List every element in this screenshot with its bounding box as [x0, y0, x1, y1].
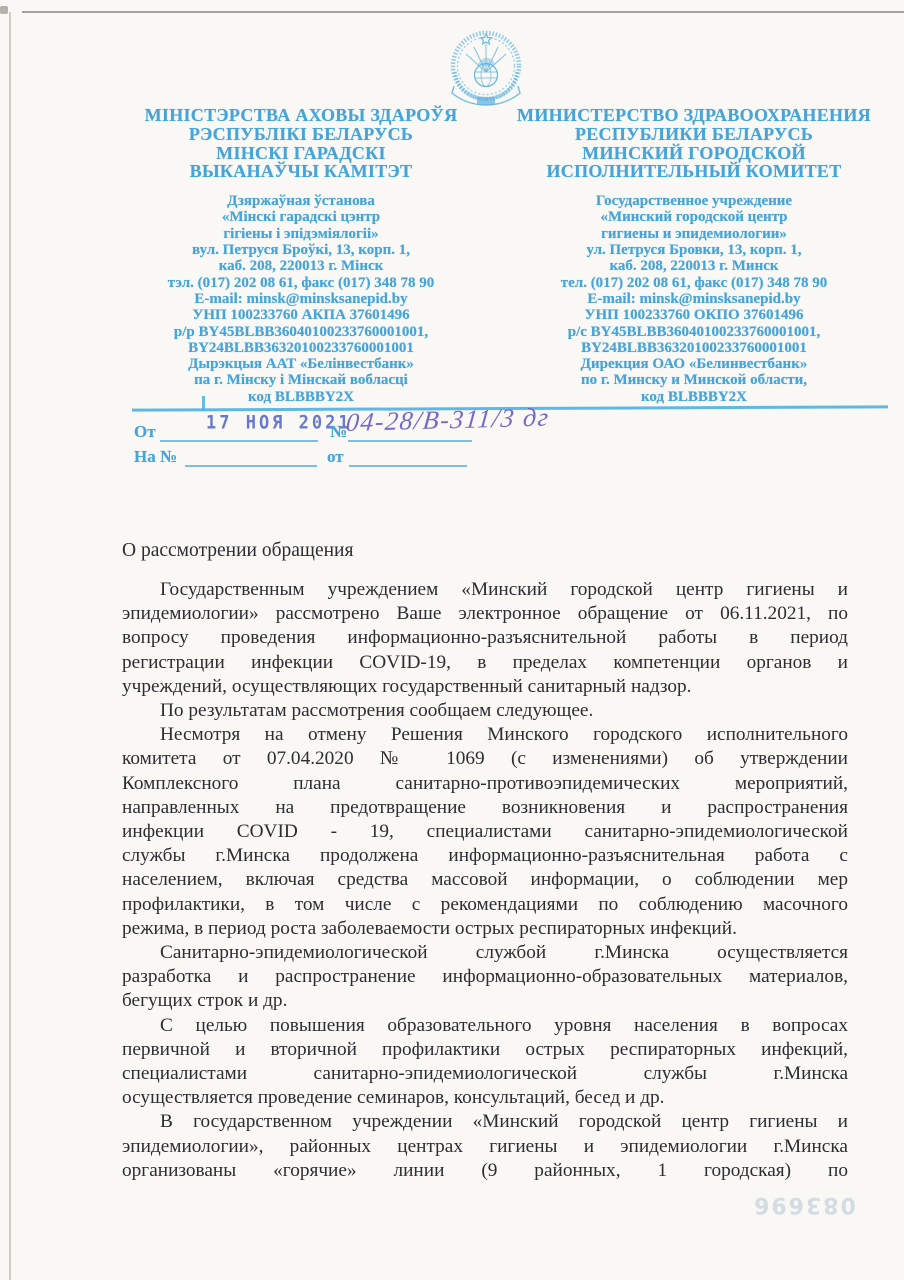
of-underline [349, 465, 467, 467]
of-label: от [327, 447, 344, 467]
letterhead-left-column: МІНІСТЭРСТВА АХОВЫ ЗДАРОЎЯРЭСПУБЛІКІ БЕЛ… [118, 106, 484, 405]
paragraph: Государственным учреждением «Минский гор… [122, 578, 848, 699]
detail-line: ул. Петруся Бровки, 13, корп. 1, [508, 242, 880, 258]
body-line: инфекции COVID - 19, специалистами санит… [122, 820, 848, 844]
detail-line: BY24BLBB36320100233760001001 [118, 340, 484, 356]
body-line: организованы «горячие» линии (9 районных… [122, 1159, 848, 1183]
scan-edge-left-line [9, 12, 11, 1280]
paragraph: Санитарно-эпидемиологической службой г.М… [122, 941, 848, 1014]
bleed-through-number: 083696 [752, 1192, 856, 1217]
letterhead-right-details-block: Государственное учреждение«Минский город… [508, 193, 880, 405]
subject-line: О рассмотрении обращения [122, 540, 353, 562]
detail-line: гігіены і эпідэміялогіі» [118, 226, 484, 242]
detail-line: гигиены и эпидемиологии» [508, 226, 880, 242]
detail-line: «Мінскі гарадскі цэнтр [118, 209, 484, 225]
body-line: режима, в период роста заболеваемости ос… [122, 917, 848, 941]
detail-line: тэл. (017) 202 08 61, факс (017) 348 78 … [118, 275, 484, 291]
detail-line: тел. (017) 202 08 61, факс (017) 348 78 … [508, 275, 880, 291]
detail-line: Дирекция ОАО «Белинвестбанк» [508, 356, 880, 372]
detail-line: па г. Мінску і Мінскай вобласці [118, 372, 484, 388]
org-line: МИНСКИЙ ГОРОДСКОЙ [508, 144, 880, 163]
coat-of-arms-belarus-icon [450, 28, 522, 108]
org-line: ИСПОЛНИТЕЛЬНЫЙ КОМИТЕТ [508, 162, 880, 181]
detail-line: р/с BY45BLBB36040100233760001001, [508, 324, 880, 340]
body-line: комитета от 07.04.2020 № 1069 (с изменен… [122, 747, 848, 771]
body-line: первичной и вторичной профилактики остры… [122, 1038, 848, 1062]
org-line: МІНІСТЭРСТВА АХОВЫ ЗДАРОЎЯ [118, 106, 484, 125]
body-line: службы г.Минска продолжена информационно… [122, 844, 848, 868]
body-line: вопросу проведения информационно-разъясн… [122, 626, 848, 650]
number-underline [348, 440, 472, 442]
body-line: Комплексного плана санитарно-противоэпид… [122, 772, 848, 796]
detail-line: Государственное учреждение [508, 193, 880, 209]
body-line: бегущих строк и др. [122, 989, 848, 1013]
paragraph: По результатам рассмотрения сообщаем сле… [122, 699, 848, 723]
detail-line: «Минский городской центр [508, 209, 880, 225]
body-line: учреждений, осуществляющих государственн… [122, 675, 848, 699]
letterhead-right-column: МИНИСТЕРСТВО ЗДРАВООХРАНЕНИЯРЕСПУБЛИКИ Б… [508, 106, 880, 405]
detail-line: Дырэкцыя ААТ «Белінвестбанк» [118, 356, 484, 372]
org-line: МИНИСТЕРСТВО ЗДРАВООХРАНЕНИЯ [508, 106, 880, 125]
body-line: Санитарно-эпидемиологической службой г.М… [122, 941, 848, 965]
letterhead-right-org-block: МИНИСТЕРСТВО ЗДРАВООХРАНЕНИЯРЕСПУБЛИКИ Б… [508, 106, 880, 181]
detail-line: УНП 100233760 АКПА 37601496 [118, 307, 484, 323]
body-line: эпидемиологии», районных центрах гигиены… [122, 1135, 848, 1159]
paragraph: С целью повышения образовательного уровн… [122, 1014, 848, 1111]
org-line: РЭСПУБЛІКІ БЕЛАРУСЬ [118, 125, 484, 144]
body-line: регистрации инфекции COVID-19, в предела… [122, 651, 848, 675]
detail-line: р/р BY45BLBB36040100233760001001, [118, 324, 484, 340]
separator-tick-mark [202, 396, 205, 411]
letterhead-left-org-block: МІНІСТЭРСТВА АХОВЫ ЗДАРОЎЯРЭСПУБЛІКІ БЕЛ… [118, 106, 484, 181]
detail-line: BY24BLBB36320100233760001001 [508, 340, 880, 356]
body-line: Государственным учреждением «Минский гор… [122, 578, 848, 602]
body-line: специалистами санитарно-эпидемиологическ… [122, 1062, 848, 1086]
paragraph: Несмотря на отмену Решения Минского горо… [122, 723, 848, 941]
body-line: С целью повышения образовательного уровн… [122, 1014, 848, 1038]
body-line: направленных на предотвращение возникнов… [122, 796, 848, 820]
scan-edge-speck [0, 6, 8, 14]
handwritten-reference-number: 04-28/В-311/3 дг [345, 400, 648, 438]
on-number-label: На № [134, 447, 177, 467]
detail-line: Дзяржаўная ўстанова [118, 193, 484, 209]
detail-line: по г. Минску и Минской области, [508, 372, 880, 388]
body-line: осуществляется проведение семинаров, кон… [122, 1086, 848, 1110]
detail-line: вул. Петруся Броўкі, 13, корп. 1, [118, 242, 484, 258]
org-line: ВЫКАНАЎЧЫ КАМІТЭТ [118, 162, 484, 181]
body-paragraphs: Государственным учреждением «Минский гор… [122, 578, 848, 1183]
detail-line: E-mail: minsk@minsksanepid.by [118, 291, 484, 307]
org-line: МІНСКІ ГАРАДСКІ [118, 144, 484, 163]
body-line: В государственном учреждении «Минский го… [122, 1110, 848, 1134]
body-line: профилактики, в том числе с рекомендация… [122, 893, 848, 917]
detail-line: УНП 100233760 ОКПО 37601496 [508, 307, 880, 323]
body-line: эпидемиологии» рассмотрено Ваше электрон… [122, 602, 848, 626]
body-line: населением, включая средства массовой ин… [122, 868, 848, 892]
letterhead-left-details-block: Дзяржаўная ўстанова«Мінскі гарадскі цэнт… [118, 193, 484, 405]
body-line: разработка и распространение информацион… [122, 965, 848, 989]
detail-line: E-mail: minsk@minsksanepid.by [508, 291, 880, 307]
detail-line: каб. 208, 220013 г. Мінск [118, 258, 484, 274]
from-underline [160, 440, 318, 442]
scan-edge-top-line [22, 11, 904, 13]
body-line: По результатам рассмотрения сообщаем сле… [122, 699, 848, 723]
body-line: Несмотря на отмену Решения Минского горо… [122, 723, 848, 747]
paragraph: В государственном учреждении «Минский го… [122, 1110, 848, 1183]
detail-line: каб. 208, 220013 г. Минск [508, 258, 880, 274]
from-label: От [134, 422, 156, 442]
scanned-letter-page: МІНІСТЭРСТВА АХОВЫ ЗДАРОЎЯРЭСПУБЛІКІ БЕЛ… [0, 0, 904, 1280]
on-number-underline [185, 465, 317, 467]
detail-line: код BLBBBY2X [118, 389, 484, 405]
org-line: РЕСПУБЛИКИ БЕЛАРУСЬ [508, 125, 880, 144]
